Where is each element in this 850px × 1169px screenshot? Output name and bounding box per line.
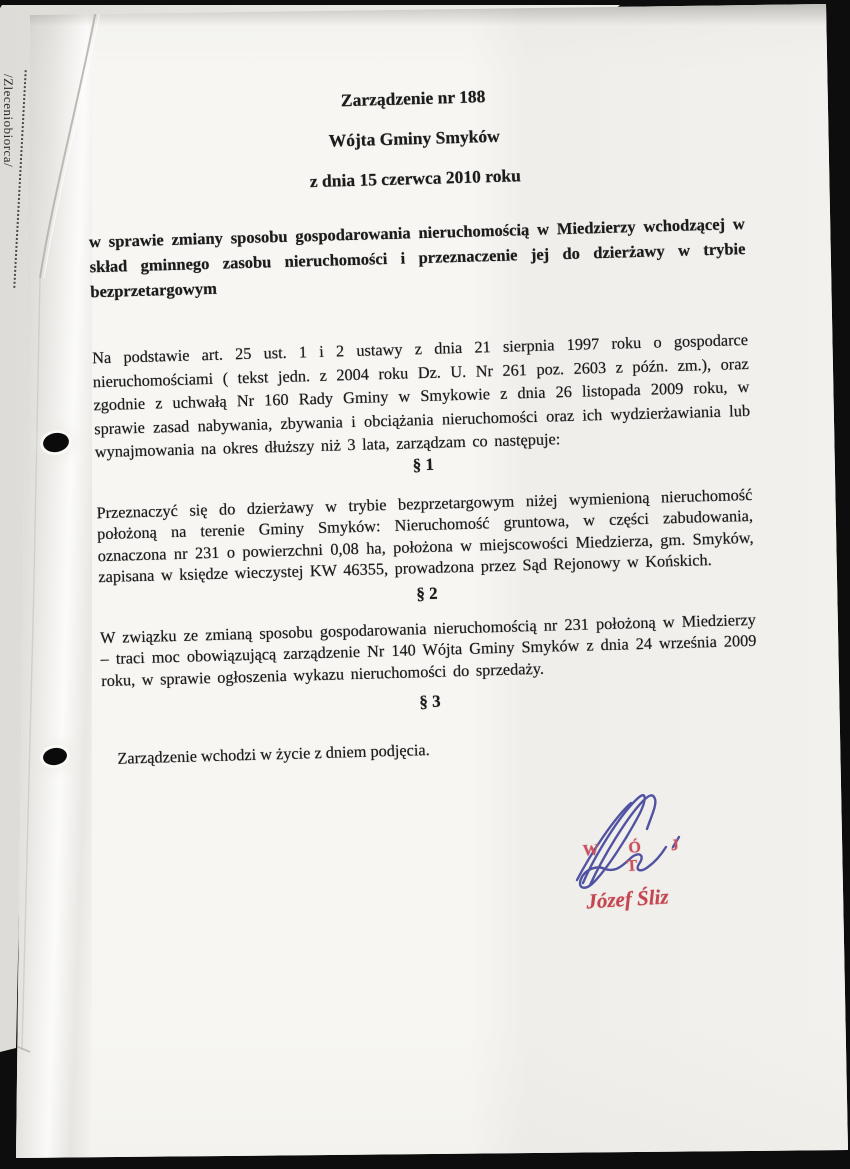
doc-title-line-2: Wójta Gminy Smyków: [86, 119, 742, 157]
section-1-body: Przeznaczyć się do dzierżawy w trybie be…: [96, 483, 754, 587]
doc-subject: w sprawie zmiany sposobu gospodarowania …: [89, 211, 747, 304]
document-page: Zarządzenie nr 188 Wójta Gminy Smyków z …: [0, 0, 850, 1169]
margin-note: /Zleceniobiorca/: [0, 74, 16, 167]
section-3-heading: § 3: [102, 683, 758, 721]
scanned-document: /Zleceniobiorca/ Zarządzenie nr 188 Wójt…: [0, 0, 850, 1169]
mayor-stamp: W Ó J T Józef Śliz: [538, 835, 714, 917]
section-1: § 1 Przeznaczyć się do dzierżawy w trybi…: [95, 445, 754, 587]
doc-title-line-3: z dnia 15 czerwca 2010 roku: [87, 159, 743, 197]
section-2: § 2 W związku ze zmianą sposobu gospodar…: [99, 574, 757, 691]
doc-preamble: Na podstawie art. 25 ust. 1 i 2 ustawy z…: [92, 328, 751, 464]
section-2-body: W związku ze zmianą sposobu gospodarowan…: [100, 608, 758, 691]
document-content: Zarządzenie nr 188 Wójta Gminy Smyków z …: [85, 79, 760, 770]
